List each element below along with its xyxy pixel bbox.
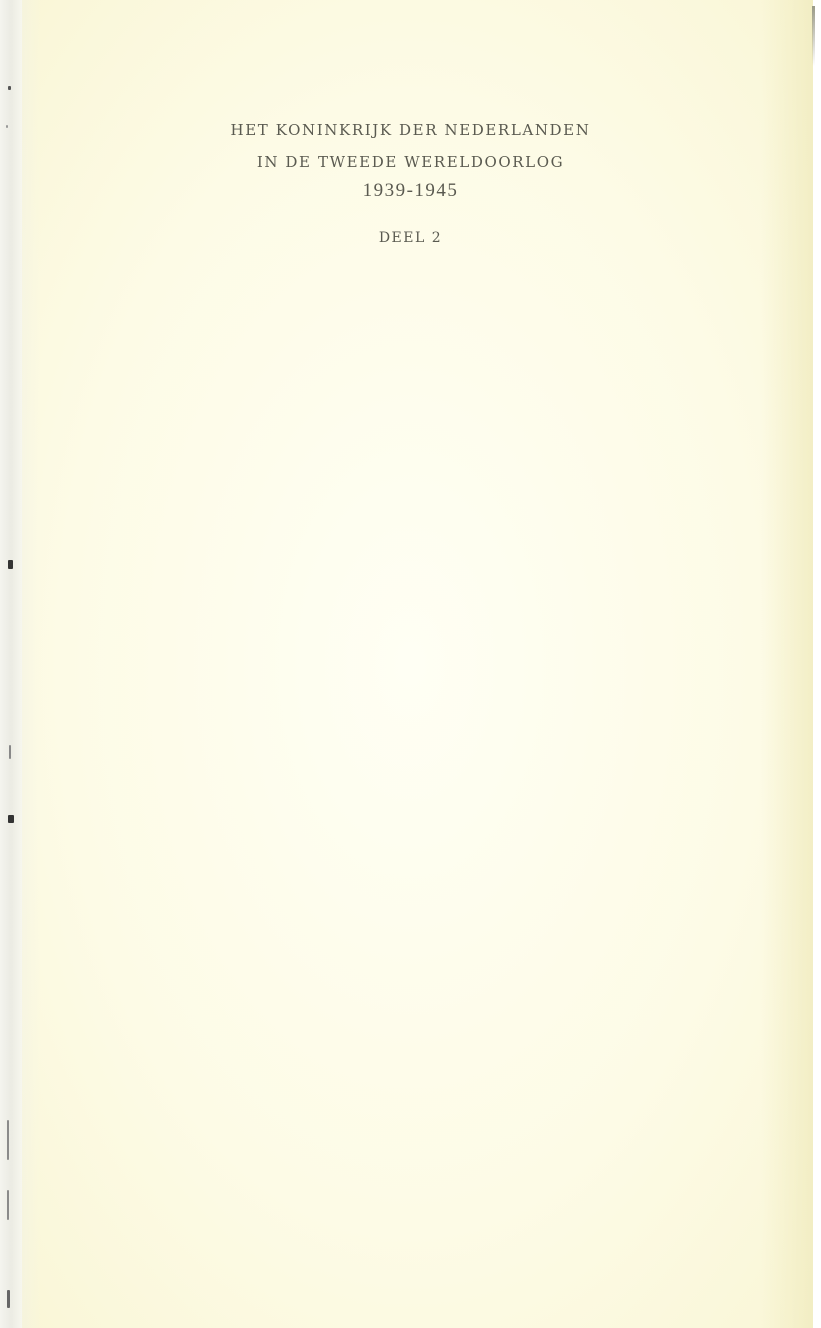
title-line-1: HET KONINKRIJK DER NEDERLANDEN	[0, 120, 821, 140]
page-shadow	[812, 6, 815, 66]
volume-label: DEEL 2	[0, 230, 821, 246]
title-block: HET KONINKRIJK DER NEDERLANDEN IN DE TWE…	[0, 118, 821, 246]
title-line-2: IN DE TWEEDE WERELDOORLOG	[0, 152, 821, 172]
years-range: 1939-1945	[0, 180, 821, 202]
book-page: HET KONINKRIJK DER NEDERLANDEN IN DE TWE…	[0, 0, 821, 1328]
